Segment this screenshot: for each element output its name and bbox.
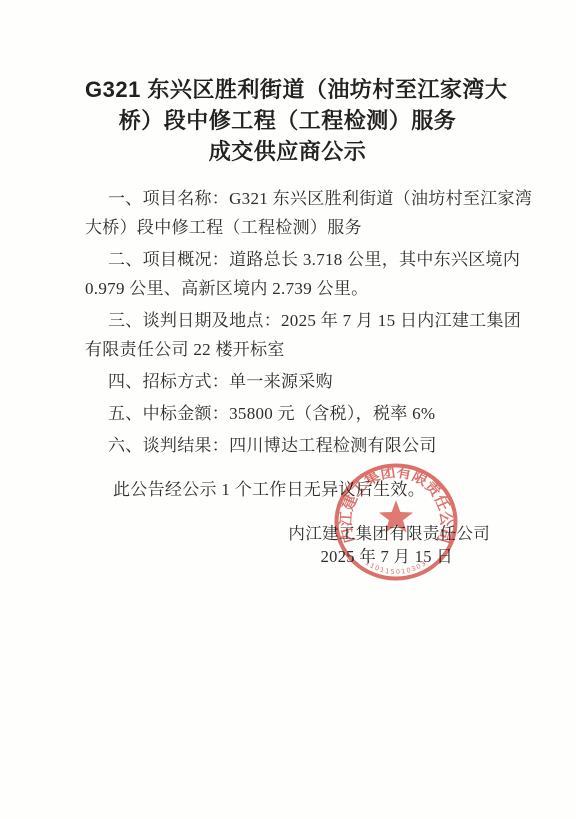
text-line: 一、项目名称：G321 东兴区胜利街道（油坊村至江家湾 — [85, 184, 490, 213]
title-line: G321 东兴区胜利街道（油坊村至江家湾大 — [85, 74, 490, 105]
text-line: 三、谈判日期及地点：2025 年 7 月 15 日内江建工集团 — [85, 306, 490, 335]
document-body: 一、项目名称：G321 东兴区胜利街道（油坊村至江家湾 大桥）段中修工程（工程检… — [85, 184, 490, 570]
text-line: 五、中标金额：35800 元（含税），税率 6% — [85, 399, 490, 428]
document-title: G321 东兴区胜利街道（油坊村至江家湾大 桥）段中修工程（工程检测）服务 成交… — [85, 74, 490, 167]
title-line: 桥）段中修工程（工程检测）服务 — [85, 105, 490, 136]
paragraph-project-overview: 二、项目概况：道路总长 3.718 公里，其中东兴区境内 0.979 公里、高新… — [85, 245, 490, 303]
text-line: 二、项目概况：道路总长 3.718 公里，其中东兴区境内 — [85, 245, 490, 274]
paragraph-bidding-method: 四、招标方式：单一来源采购 — [85, 367, 490, 396]
paragraph-bid-amount: 五、中标金额：35800 元（含税），税率 6% — [85, 399, 490, 428]
document-page: G321 东兴区胜利街道（油坊村至江家湾大 桥）段中修工程（工程检测）服务 成交… — [0, 0, 576, 819]
text-line: 大桥）段中修工程（工程检测）服务 — [85, 213, 490, 242]
text-line: 有限责任公司 22 楼开标室 — [85, 335, 490, 364]
paragraph-negotiation-result: 六、谈判结果：四川博达工程检测有限公司 — [85, 431, 490, 460]
text-line: 六、谈判结果：四川博达工程检测有限公司 — [85, 431, 490, 460]
paragraph-negotiation-date: 三、谈判日期及地点：2025 年 7 月 15 日内江建工集团 有限责任公司 2… — [85, 306, 490, 364]
paragraph-project-name: 一、项目名称：G321 东兴区胜利街道（油坊村至江家湾 大桥）段中修工程（工程检… — [85, 184, 490, 242]
text-line: 0.979 公里、高新区境内 2.739 公里。 — [85, 274, 490, 303]
title-line: 成交供应商公示 — [85, 136, 490, 167]
text-line: 四、招标方式：单一来源采购 — [85, 367, 490, 396]
signature-date: 2025 年 7 月 15 日 — [85, 543, 490, 570]
effective-notice: 此公告经公示 1 个工作日无异议后生效。 — [85, 475, 490, 504]
